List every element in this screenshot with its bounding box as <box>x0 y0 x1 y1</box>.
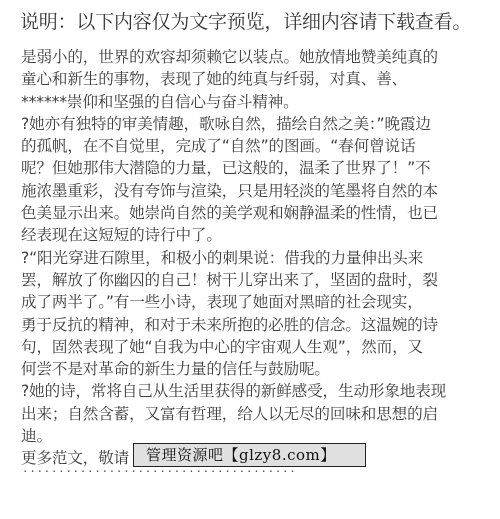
text-line: 经表现在这短短的诗行中了。 <box>21 224 483 246</box>
text-line: ?她的诗，常将自己从生活里获得的新鲜感受，生动形象地表现 <box>21 380 483 402</box>
preview-notice-heading: 说明：以下内容仅为文字预览，详细内容请下载查看。 <box>20 10 471 34</box>
text-line: 出来；自然含蓄，又富有哲理，给人以无尽的回味和思想的启 <box>21 403 483 425</box>
watermark-banner: 管理资源吧【glzy8.com】 <box>133 443 366 467</box>
text-line: ?她亦有独特的审美情趣，歌咏自然，描绘自然之美：”晚霞边 <box>21 113 483 135</box>
text-line: 色美显示出来。她崇尚自然的美学观和娴静温柔的性情，也已 <box>21 202 483 224</box>
text-line: 罢，解放了你幽囚的自己！树干儿穿出来了，坚固的盘时，裂 <box>21 269 483 291</box>
text-line: 句，固然表现了她“自我为中心的宇宙观人生观”，然而，又 <box>21 336 483 358</box>
text-line: ******崇仰和坚强的自信心与奋斗精神。 <box>21 91 483 113</box>
text-line: 成了两半了。”有一些小诗，表现了她面对黑暗的社会现实， <box>21 291 483 313</box>
text-line: 的孤帆，在不自觉里，完成了“自然”的图画。“春何曾说话 <box>21 135 483 157</box>
text-line: 童心和新生的事物，表现了她的纯真与纤弱，对真、善、 <box>21 68 483 90</box>
text-line: 施浓墨重彩，没有夸饰与渲染，只是用轻淡的笔墨将自然的本 <box>21 180 483 202</box>
text-line: ?“阳光穿进石隙里，和极小的刺果说：借我的力量伸出头来 <box>21 247 483 269</box>
document-body: 是弱小的，世界的欢容却须赖它以装点。她放情地赞美纯真的 童心和新生的事物，表现了… <box>21 46 483 470</box>
text-line: 是弱小的，世界的欢容却须赖它以装点。她放情地赞美纯真的 <box>21 46 483 68</box>
text-line: 何尝不是对革命的新生力量的信任与鼓励呢。 <box>21 358 483 380</box>
text-line: 勇于反抗的精神，和对于未来所抱的必胜的信念。这温婉的诗 <box>21 314 483 336</box>
text-line: 呢？但她那伟大潜隐的力量，已这般的，温柔了世界了！”不 <box>21 157 483 179</box>
